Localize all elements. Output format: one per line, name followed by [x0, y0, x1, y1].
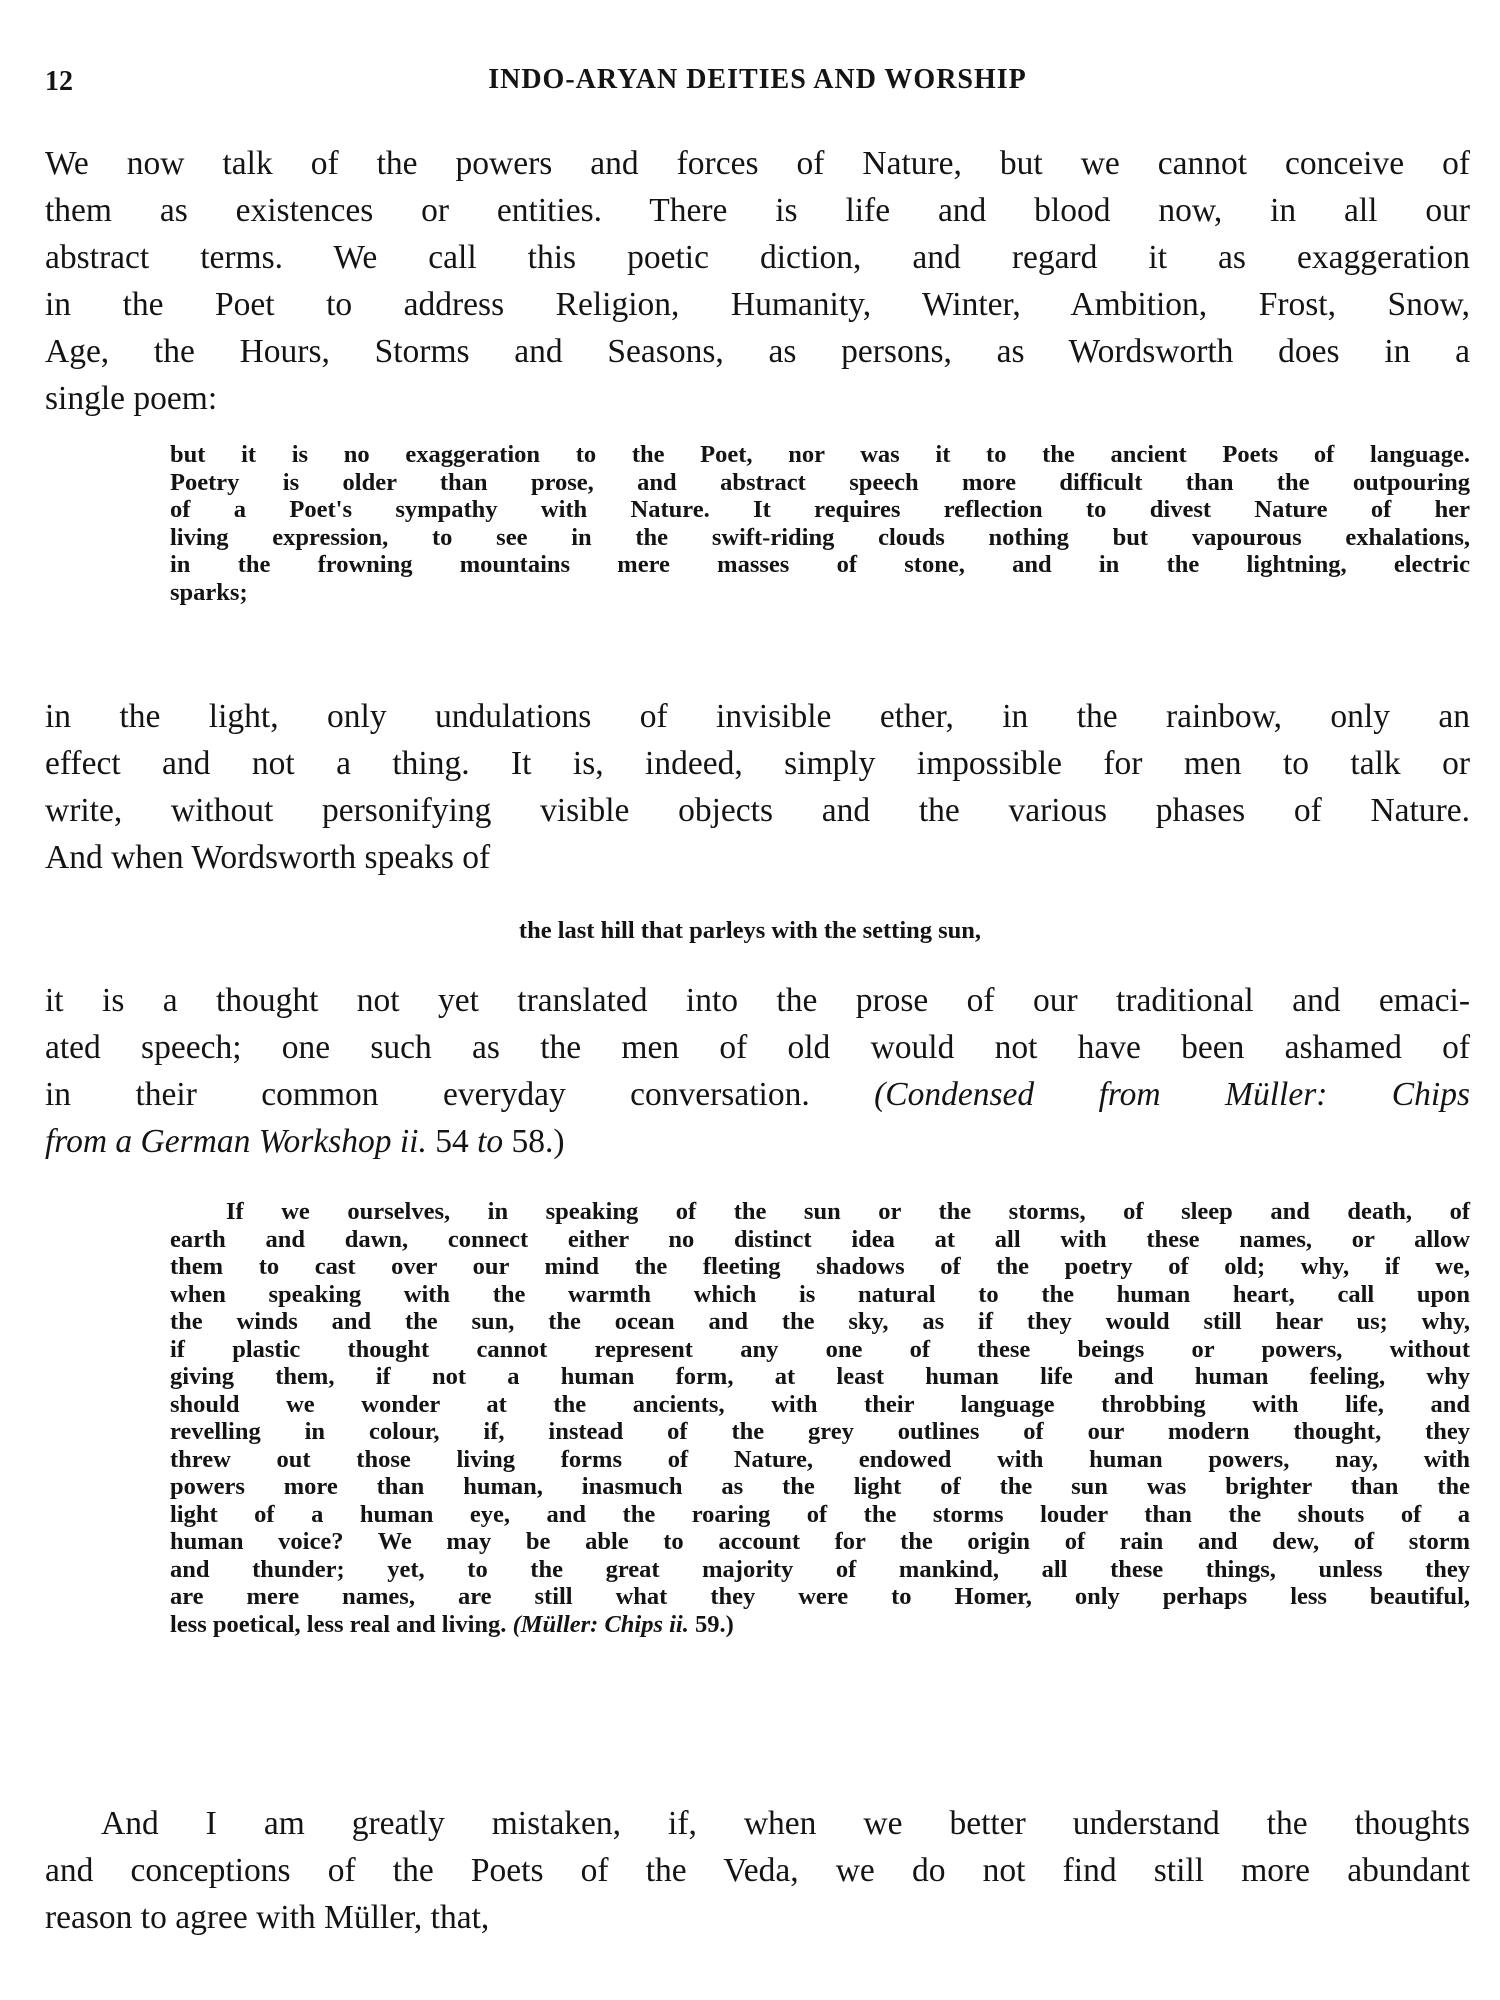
quote-line: if plastic thought cannot represent any … — [170, 1336, 1470, 1364]
text-line: in the light, only undulations of invisi… — [45, 693, 1470, 740]
verse-quotation: the last hill that parleys with the sett… — [0, 917, 1500, 945]
text-line: And when Wordsworth speaks of — [45, 834, 1470, 881]
quote-line: If we ourselves, in speaking of the sun … — [170, 1198, 1470, 1226]
text-line: write, without personifying visible obje… — [45, 787, 1470, 834]
text-line: reason to agree with Müller, that, — [45, 1894, 1470, 1941]
book-page: 12 INDO-ARYAN DEITIES AND WORSHIP We now… — [0, 0, 1500, 2000]
quote-line: should we wonder at the ancients, with t… — [170, 1391, 1470, 1419]
quote-line: in the frowning mountains mere masses of… — [170, 551, 1470, 579]
running-title: INDO-ARYAN DEITIES AND WORSHIP — [45, 64, 1470, 96]
quote-line: but it is no exaggeration to the Poet, n… — [170, 441, 1470, 469]
text-line: abstract terms. We call this poetic dict… — [45, 234, 1470, 281]
paragraph-3: it is a thought not yet translated into … — [45, 977, 1470, 1165]
quote-line: them to cast over our mind the fleeting … — [170, 1253, 1470, 1281]
text-line: in their common everyday conversation. (… — [45, 1071, 1470, 1118]
quote-line: giving them, if not a human form, at lea… — [170, 1363, 1470, 1391]
quote-line: and thunder; yet, to the great majority … — [170, 1556, 1470, 1584]
text-line: from a German Workshop ii. 54 to 58.) — [45, 1118, 1470, 1165]
text-line: ated speech; one such as the men of old … — [45, 1024, 1470, 1071]
quote-line: human voice? We may be able to account f… — [170, 1528, 1470, 1556]
block-quote-1: but it is no exaggeration to the Poet, n… — [170, 441, 1470, 606]
citation: from a German Workshop ii. — [45, 1123, 427, 1160]
quote-line: sparks; — [170, 579, 1470, 607]
block-quote-2: If we ourselves, in speaking of the sun … — [170, 1198, 1470, 1638]
quote-line: powers more than human, inasmuch as the … — [170, 1473, 1470, 1501]
quote-line: light of a human eye, and the roaring of… — [170, 1501, 1470, 1529]
quote-line: less poetical, less real and living. (Mü… — [170, 1611, 1470, 1639]
quote-line: living expression, to see in the swift-r… — [170, 524, 1470, 552]
citation: (Müller: Chips ii. — [513, 1611, 689, 1638]
running-head: 12 INDO-ARYAN DEITIES AND WORSHIP — [45, 62, 1470, 102]
quote-line: are mere names, are still what they were… — [170, 1583, 1470, 1611]
citation: (Condensed from Müller: Chips — [874, 1076, 1470, 1113]
quote-line: Poetry is older than prose, and abstract… — [170, 469, 1470, 497]
paragraph-1: We now talk of the powers and forces of … — [45, 140, 1470, 422]
quote-line: the winds and the sun, the ocean and the… — [170, 1308, 1470, 1336]
paragraph-4: And I am greatly mistaken, if, when we b… — [45, 1800, 1470, 1941]
quote-line: earth and dawn, connect either no distin… — [170, 1226, 1470, 1254]
text-line: We now talk of the powers and forces of … — [45, 140, 1470, 187]
text-line: Age, the Hours, Storms and Seasons, as p… — [45, 328, 1470, 375]
quote-line: revelling in colour, if, instead of the … — [170, 1418, 1470, 1446]
paragraph-2: in the light, only undulations of invisi… — [45, 693, 1470, 881]
quote-line: when speaking with the warmth which is n… — [170, 1281, 1470, 1309]
text-line: effect and not a thing. It is, indeed, s… — [45, 740, 1470, 787]
text-line: And I am greatly mistaken, if, when we b… — [45, 1800, 1470, 1847]
text-line: them as existences or entities. There is… — [45, 187, 1470, 234]
text-line: in the Poet to address Religion, Humanit… — [45, 281, 1470, 328]
quote-line: of a Poet's sympathy with Nature. It req… — [170, 496, 1470, 524]
quote-line: threw out those living forms of Nature, … — [170, 1446, 1470, 1474]
text-line: single poem: — [45, 375, 1470, 422]
text-line: it is a thought not yet translated into … — [45, 977, 1470, 1024]
text-line: and conceptions of the Poets of the Veda… — [45, 1847, 1470, 1894]
